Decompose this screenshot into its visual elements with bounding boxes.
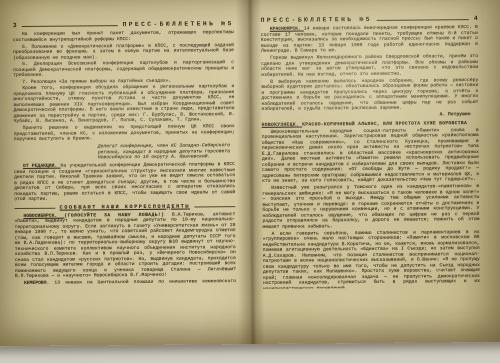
divider-line: [14, 207, 55, 208]
paragraph: КЕМЕРОВО. 13 января на Центральной площа…: [15, 279, 236, 284]
paragraph: ОТ РЕДАКЦИИ. На учредительной конференци…: [14, 162, 235, 202]
bulletin-title: ПРЕСС-БЮЛЛЕТЕНЬ №5: [123, 20, 234, 28]
photo-of-bulletin: 3 ПРЕСС-БЮЛЛЕТЕНЬ №5 На конференции был …: [0, 0, 500, 363]
page-body: На конференции был принят пакет документ…: [13, 30, 236, 284]
page-left: 3 ПРЕСС-БЮЛЛЕТЕНЬ №5 На конференции был …: [13, 16, 236, 286]
paragraph: На конференции был принят пакет документ…: [13, 30, 234, 43]
paragraph: Горком выдвинул Железнодорожного района …: [261, 54, 478, 78]
signature: А. Петрушин: [262, 112, 471, 119]
margin-label: КРАСНОЯРСК.: [270, 27, 304, 32]
paragraph: Известный уже разыгрался у Томского один…: [262, 184, 479, 230]
margin-label: НОВОКУЗНЕЦК.: [262, 122, 303, 127]
list-item: 5. Положение о «Демократической платформ…: [13, 43, 234, 61]
page-number: 4: [474, 15, 478, 22]
paragraph: НОВОСИБИРСК. (ГОЛОСУЙТЕ ЗА НАШУ ЛОШАДЬ!)…: [14, 212, 236, 280]
page-header: 3 ПРЕСС-БЮЛЛЕТЕНЬ №5: [13, 16, 234, 29]
page-header: ПРЕСС-БЮЛЛЕТЕНЬ №5 4: [261, 11, 478, 24]
paragraph: Широковещательные народные социал-патрио…: [262, 128, 479, 185]
story-heading: НОВОКУЗНЕЦК. КРАСНО-КОРИЧНЕВЫЙ АЛЬЯНС, И…: [262, 121, 479, 128]
header-rule: [377, 19, 469, 21]
section-heading-text: СООБЩАЮТ НАШИ КОРРЕСПОНДЕНТЫ: [60, 204, 190, 211]
divider-line: [194, 206, 235, 207]
margin-label: НОВОСИБИРСК.: [23, 213, 64, 218]
paragraph: В выборную кампанию вылилось народное со…: [261, 78, 478, 113]
page-body: КРАСНОЯРСК. 14 января состоялась внеочер…: [261, 25, 480, 289]
paragraph: А если говорить серьёзно, помимо сталини…: [263, 230, 480, 289]
attribution: Делегат конференции, член КС Западно-Сиб…: [98, 143, 233, 161]
bulletin-spread: 3 ПРЕСС-БЮЛЛЕТЕНЬ №5 На конференции был …: [0, 0, 500, 346]
paragraph: Кроме того, конференция обсудила обращен…: [13, 84, 234, 124]
section-heading: СООБЩАЮТ НАШИ КОРРЕСПОНДЕНТЫ: [14, 204, 235, 211]
page-right: ПРЕСС-БЮЛЛЕТЕНЬ №5 4 КРАСНОЯРСК. 14 янва…: [261, 11, 480, 289]
header-rule: [22, 25, 118, 27]
margin-label: ОТ РЕДАКЦИИ.: [23, 164, 61, 169]
list-item: 6. Декларация Всесоюзной конференции пар…: [13, 60, 234, 78]
paragraph: Принято решение о выдвижении на предстоя…: [14, 124, 235, 142]
inline-heading: (ГОЛОСУЙТЕ ЗА НАШУ ЛОШАДЬ!): [64, 212, 172, 218]
margin-label: КЕМЕРОВО.: [24, 281, 54, 284]
bulletin-title: ПРЕСС-БЮЛЛЕТЕНЬ №5: [261, 16, 372, 24]
page-number: 3: [13, 22, 17, 29]
paragraph: КРАСНОЯРСК. 14 января состоялась внеочер…: [261, 25, 478, 54]
